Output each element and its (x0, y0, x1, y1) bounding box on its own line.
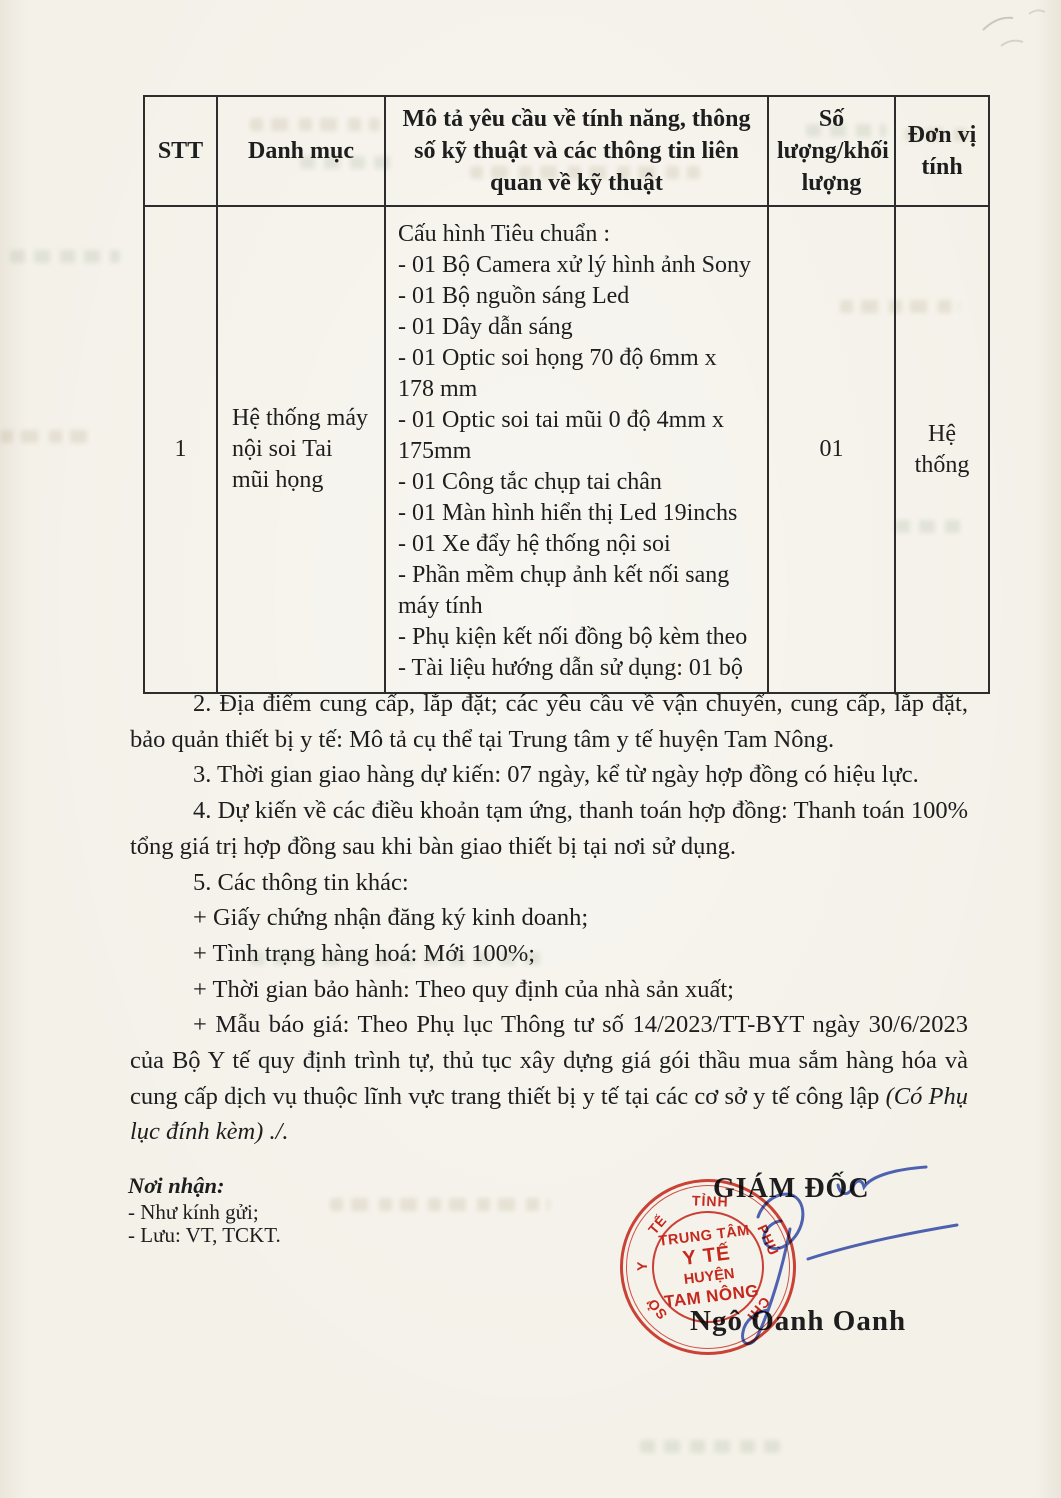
cell-stt: 1 (144, 206, 217, 693)
paragraph-4: 4. Dự kiến về các điều khoản tạm ứng, th… (130, 793, 968, 864)
spec-line: - 01 Optic soi họng 70 độ 6mm x 178 mm (398, 343, 757, 405)
body-paragraphs: 2. Địa điểm cung cấp, lắp đặt; các yêu c… (130, 686, 968, 1150)
signature-block: GIÁM ĐỐC SỞ Y TẾ TỈNH PHÚ CHI TRUNG TÂM … (580, 1155, 1020, 1415)
spec-line: - 01 Bộ nguồn sáng Led (398, 281, 757, 312)
cell-mo-ta: Cấu hình Tiêu chuẩn : - 01 Bộ Camera xử … (385, 206, 768, 693)
spec-line: - 01 Màn hình hiển thị Led 19inchs (398, 498, 757, 529)
document-page: STT Danh mục Mô tả yêu cầu về tính năng,… (0, 0, 1061, 1498)
cell-so-luong: 01 (768, 206, 895, 693)
handwritten-signature (580, 1155, 1020, 1415)
recipients-label: Nơi nhận: (128, 1174, 281, 1197)
bullet-quote-template: + Mẫu báo giá: Theo Phụ lục Thông tư số … (130, 1007, 968, 1150)
header-so-luong: Số lượng/khối lượng (768, 96, 895, 206)
bleedthrough-artifact (0, 430, 90, 443)
table-header-row: STT Danh mục Mô tả yêu cầu về tính năng,… (144, 96, 989, 206)
quote-template-text: + Mẫu báo giá: Theo Phụ lục Thông tư số … (130, 1011, 968, 1109)
cell-danh-muc: Hệ thống máy nội soi Tai mũi họng (217, 206, 385, 693)
bullet-goods-condition: + Tình trạng hàng hoá: Mới 100%; (130, 936, 968, 972)
spec-line: - 01 Công tắc chụp tai chân (398, 467, 757, 498)
bullet-business-license: + Giấy chứng nhận đăng ký kinh doanh; (130, 900, 968, 936)
equipment-spec-table: STT Danh mục Mô tả yêu cầu về tính năng,… (143, 95, 990, 694)
spec-line: Cấu hình Tiêu chuẩn : (398, 219, 757, 250)
spec-line: - Tài liệu hướng dẫn sử dụng: 01 bộ (398, 653, 757, 684)
header-danh-muc: Danh mục (217, 96, 385, 206)
scan-corner-marks (971, 0, 1061, 70)
header-mo-ta: Mô tả yêu cầu về tính năng, thông số kỹ … (385, 96, 768, 206)
paragraph-3: 3. Thời gian giao hàng dự kiến: 07 ngày,… (130, 757, 968, 793)
spec-line: - Phụ kiện kết nối đồng bộ kèm theo (398, 622, 757, 653)
header-don-vi: Đơn vị tính (895, 96, 989, 206)
spec-line: - 01 Xe đẩy hệ thống nội soi (398, 529, 757, 560)
bullet-warranty: + Thời gian bảo hành: Theo quy định của … (130, 972, 968, 1008)
table-row: 1 Hệ thống máy nội soi Tai mũi họng Cấu … (144, 206, 989, 693)
bleedthrough-artifact (10, 250, 120, 263)
recipient-item: - Như kính gửi; (128, 1201, 281, 1224)
spec-line: - 01 Dây dẫn sáng (398, 312, 757, 343)
spec-line: - Phần mềm chụp ảnh kết nối sang máy tín… (398, 560, 757, 622)
spec-line: - 01 Bộ Camera xử lý hình ảnh Sony (398, 250, 757, 281)
header-stt: STT (144, 96, 217, 206)
paragraph-2: 2. Địa điểm cung cấp, lắp đặt; các yêu c… (130, 686, 968, 757)
recipients-block: Nơi nhận: - Như kính gửi; - Lưu: VT, TCK… (128, 1174, 281, 1247)
spec-line: - 01 Optic soi tai mũi 0 độ 4mm x 175mm (398, 405, 757, 467)
paragraph-5: 5. Các thông tin khác: (130, 865, 968, 901)
bleedthrough-artifact (640, 1440, 780, 1453)
recipient-item: - Lưu: VT, TCKT. (128, 1224, 281, 1247)
bleedthrough-artifact (330, 1198, 550, 1211)
cell-don-vi: Hệ thống (895, 206, 989, 693)
